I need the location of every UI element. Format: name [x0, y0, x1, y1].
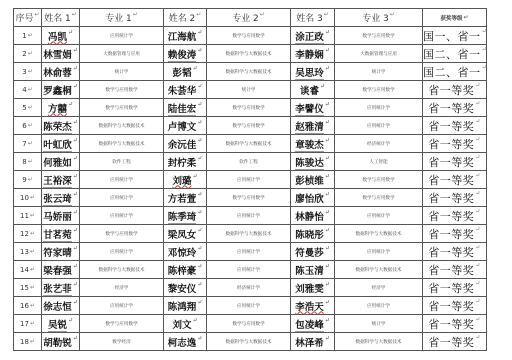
cell-name1-text: 何雅如 [43, 158, 72, 169]
cell-name1[interactable]: 梁春强↵ [42, 261, 80, 279]
paragraph-mark-icon: ↵ [197, 83, 202, 90]
cell-name3-text: 章骏杰 [295, 140, 324, 152]
cell-index-text: 18 [20, 338, 29, 346]
cell-name2[interactable]: 黎安仪↵ [164, 279, 207, 297]
cell-name3[interactable]: 陈玉清↵ [291, 261, 335, 279]
paragraph-mark-icon: ↵ [73, 47, 78, 54]
paragraph-mark-icon: ↵ [325, 335, 330, 342]
cell-name3[interactable]: 彭桢维↵ [291, 171, 335, 189]
cell-name2[interactable]: 方若萱↵ [164, 189, 207, 207]
cell-major1[interactable]: 数据科学与大数据技术 [80, 117, 164, 135]
cell-award[interactable]: 省一等奖↵ [423, 207, 487, 225]
header-name2[interactable]: 姓名 2↵ [164, 9, 207, 27]
cell-index[interactable]: 8↵ [14, 153, 42, 171]
cell-name1-text: 胡勒锐 [43, 338, 72, 349]
cell-index[interactable]: 18↵ [14, 333, 42, 351]
cell-name3[interactable]: 符曼莎↵ [291, 243, 335, 261]
paragraph-mark-icon: ↵ [197, 299, 202, 306]
cell-name2[interactable]: 余沅佳↵ [164, 135, 207, 153]
cell-award[interactable]: 省一等奖↵ [423, 153, 487, 171]
cell-major1[interactable]: 应用统计学 [80, 207, 164, 225]
paragraph-mark-icon: ↵ [73, 263, 78, 270]
cell-major1[interactable]: 数学与应用数学 [80, 315, 164, 333]
cell-name2[interactable]: 刘璐↵ [164, 171, 207, 189]
cell-index[interactable]: 4↵ [14, 81, 42, 99]
cell-index-text: 9 [22, 176, 26, 184]
cell-name3-text: 廖怡欣 [295, 194, 324, 205]
table-row: 7↵叶虹欣↵数据科学与大数据技术余沅佳↵数据科学与大数据技术章骏杰↵经济统计学省… [14, 135, 487, 153]
cell-name3-text: 符曼莎 [295, 248, 324, 259]
cell-name1[interactable]: 王裕深↵ [42, 171, 80, 189]
cell-name1[interactable]: 林俞蓉↵ [42, 63, 80, 81]
paragraph-mark-icon: ↵ [475, 298, 481, 305]
cell-major2-text: 软件工程 [239, 160, 257, 165]
cell-award[interactable]: 省一等奖↵ [423, 99, 487, 117]
paragraph-mark-icon: ↵ [197, 137, 202, 144]
cell-major1[interactable]: 应用统计学 [80, 297, 164, 315]
paragraph-mark-icon: ↵ [28, 86, 33, 93]
paragraph-mark-icon: ↵ [73, 281, 78, 288]
cell-index[interactable]: 1↵ [14, 27, 42, 45]
cell-name2[interactable]: 刘文↵ [164, 315, 207, 333]
cell-name3[interactable]: 谈睿↵ [291, 81, 335, 99]
paragraph-mark-icon: ↵ [73, 83, 78, 90]
cell-award[interactable]: 省一等奖↵ [423, 81, 487, 99]
cell-name1[interactable]: 胡勒锐↵ [42, 333, 80, 351]
paragraph-mark-icon: ↵ [325, 137, 330, 144]
cell-award[interactable]: 国二、省一↵ [423, 45, 487, 63]
paragraph-mark-icon: ↵ [475, 208, 481, 215]
cell-name2[interactable]: 封柠柔↵ [164, 153, 207, 171]
cell-award-text: 省一等奖 [428, 246, 474, 259]
cell-name3[interactable]: 赵雅清↵ [291, 117, 335, 135]
paragraph-mark-icon: ↵ [325, 101, 330, 108]
paragraph-mark-icon: ↵ [325, 173, 330, 180]
cell-index-text: 4 [22, 86, 26, 94]
paragraph-mark-icon: ↵ [320, 83, 325, 90]
cell-major3[interactable]: 数学与应用数学 [335, 171, 423, 189]
cell-index-text: 16 [20, 302, 29, 310]
cell-major2[interactable]: 数据科学与大数据技术 [207, 45, 291, 63]
cell-index[interactable]: 7↵ [14, 135, 42, 153]
paragraph-mark-icon: ↵ [73, 137, 78, 144]
cell-major1[interactable]: 数学与应用数学 [80, 225, 164, 243]
table-row: 9↵王裕深↵应用统计学刘璐↵应用统计学彭桢维↵数学与应用数学省一等奖↵ [14, 171, 487, 189]
cell-major3[interactable]: 数据科学与大数据技术 [335, 333, 423, 351]
cell-name1[interactable]: 张云琦↵ [42, 189, 80, 207]
table-row: 12↵甘茗菀↵数学与应用数学梁凤女↵数据科学与大数据技术陈晓彤↵数据科学与大数据… [14, 225, 487, 243]
paragraph-mark-icon: ↵ [28, 68, 33, 75]
cell-major2[interactable]: 应用统计学 [207, 243, 291, 261]
paragraph-mark-icon: ↵ [30, 302, 35, 309]
cell-index[interactable]: 12↵ [14, 225, 42, 243]
header-index[interactable]: 序号↵ [14, 9, 42, 27]
cell-major3[interactable]: 应用统计学 [335, 297, 423, 315]
cell-major3-text: 数据科学与大数据技术 [356, 232, 402, 237]
cell-name2-text: 江海航 [168, 32, 197, 43]
cell-major3[interactable]: 统计学 [335, 63, 423, 81]
cell-index[interactable]: 6↵ [14, 117, 42, 135]
cell-name2-text: 赖俊涛 [168, 50, 197, 62]
cell-name1-text: 符家晴 [43, 248, 72, 259]
cell-major1[interactable]: 数据科学与大数据技术 [80, 261, 164, 279]
header-name1[interactable]: 姓名 1↵ [42, 9, 80, 27]
cell-index-text: 8 [22, 158, 26, 166]
cell-award[interactable]: 省一等奖↵ [423, 261, 487, 279]
cell-award-text: 国二、省一 [423, 48, 481, 61]
cell-major1[interactable]: 应用统计学 [80, 189, 164, 207]
table-row: 16↵徐志恒↵应用统计学陈鸿翔↵应用统计学李浩天↵应用统计学省一等奖↵ [14, 297, 487, 315]
cell-major1[interactable]: 软件工程 [80, 153, 164, 171]
cell-index-text: 10 [20, 194, 29, 202]
cell-major3-text: 数学与应用数学 [362, 88, 394, 93]
cell-major2-text: 统计学 [242, 88, 256, 93]
cell-major2-text: 数学与应用数学 [232, 106, 264, 111]
cell-major1[interactable]: 数学经济 [80, 333, 164, 351]
cell-name2-text: 陈梓豪 [168, 266, 197, 277]
cell-major2[interactable]: 数据科学与大数据技术 [207, 63, 291, 81]
paragraph-mark-icon: ↵ [475, 190, 481, 197]
cell-major2-text: 数据科学与大数据技术 [226, 52, 272, 57]
cell-name1[interactable]: 林雪娟↵ [42, 45, 80, 63]
cell-index[interactable]: 15↵ [14, 279, 42, 297]
cell-index[interactable]: 9↵ [14, 171, 42, 189]
cell-name1[interactable]: 张艺菲↵ [42, 279, 80, 297]
paragraph-mark-icon: ↵ [73, 119, 78, 126]
cell-index-text: 1 [22, 32, 26, 40]
paragraph-mark-icon: ↵ [73, 173, 78, 180]
cell-award-text: 省一等奖 [428, 120, 474, 133]
cell-major2[interactable]: 数学与应用数学 [207, 117, 291, 135]
cell-name3[interactable]: 廖怡欣↵ [291, 189, 335, 207]
cell-name2-text: 方若萱 [168, 194, 197, 205]
cell-name2[interactable]: 邓惊玲↵ [164, 243, 207, 261]
cell-name1-text: 马娇丽 [43, 212, 72, 223]
cell-major2[interactable]: 应用统计学 [207, 261, 291, 279]
cell-major1[interactable]: 应用统计学 [80, 27, 164, 45]
cell-name1[interactable]: 方囍↵ [42, 99, 80, 117]
cell-major3-text: 人工智能 [369, 160, 387, 165]
cell-name2-text: 陈鸿翔 [168, 302, 197, 313]
cell-name2-text: 封柠柔 [168, 158, 197, 169]
table-row: 8↵何雅如↵软件工程封柠柔↵软件工程陈骏达↵人工智能省一等奖↵ [14, 153, 487, 171]
paragraph-mark-icon: ↵ [197, 119, 202, 126]
cell-award[interactable]: 省一等奖↵ [423, 297, 487, 315]
header-major2[interactable]: 专业 2↵ [207, 9, 291, 27]
cell-name1-text: 吴锐 [48, 320, 67, 332]
cell-index[interactable]: 16↵ [14, 297, 42, 315]
cell-major2[interactable]: 应用统计学 [207, 171, 291, 189]
cell-name1-text: 林俞蓉 [43, 68, 72, 79]
cell-name1[interactable]: 吴锐↵ [42, 315, 80, 333]
paragraph-mark-icon: ↵ [475, 82, 481, 89]
cell-name3[interactable]: 涂正政↵ [291, 27, 335, 45]
cell-name2-text: 彭韬 [172, 68, 191, 79]
cell-name1[interactable]: 陈荣杰↵ [42, 117, 80, 135]
header-major1[interactable]: 专业 1↵ [80, 9, 164, 27]
table-row: 6↵陈荣杰↵数据科学与大数据技术卢博文↵数学与应用数学赵雅清↵应用统计学省一等奖… [14, 117, 487, 135]
cell-major2[interactable]: 数据科学与大数据技术 [207, 333, 291, 351]
cell-award[interactable]: 省一等奖↵ [423, 315, 487, 333]
cell-name2-text: 朱荟华 [168, 86, 197, 97]
cell-major3[interactable]: 应用统计学 [335, 207, 423, 225]
header-name3[interactable]: 姓名 3↵ [291, 9, 335, 27]
cell-award[interactable]: 省一等奖↵ [423, 243, 487, 261]
table-row: 14↵梁春强↵数据科学与大数据技术陈梓豪↵应用统计学陈玉清↵数据科学与大数据技术… [14, 261, 487, 279]
cell-major3-text: 应用统计学 [367, 250, 390, 255]
paragraph-mark-icon: ↵ [482, 64, 487, 71]
cell-name3-text: 李譬仪 [295, 104, 324, 116]
table-body: 1↵冯凯↵应用统计学江海航↵数学与应用数学涂正政↵数学与应用数学国一、省一↵2↵… [14, 27, 487, 351]
cell-major2-text: 数学与应用数学 [232, 34, 264, 39]
cell-major2[interactable]: 数学与应用数学 [207, 99, 291, 117]
cell-major1-text: 数学经济 [112, 340, 130, 345]
cell-major3-text: 数据科学与大数据技术 [356, 268, 402, 273]
cell-major3[interactable]: 数学与应用数学 [335, 189, 423, 207]
cell-index-text: 5 [22, 104, 26, 112]
cell-name2[interactable]: 卢博文↵ [164, 117, 207, 135]
cell-major3-text: 应用统计学 [367, 304, 390, 309]
paragraph-mark-icon: ↵ [30, 284, 35, 291]
cell-name1[interactable]: 冯凯↵ [42, 27, 80, 45]
paragraph-mark-icon: ↵ [28, 50, 33, 57]
cell-name3-text: 李静娴 [295, 50, 324, 61]
cell-award-text: 省一等奖 [428, 84, 474, 97]
cell-major2[interactable]: 统计学 [207, 81, 291, 99]
cell-major1[interactable]: 经济学 [80, 279, 164, 297]
cell-major1[interactable]: 大数据管理与应用 [80, 45, 164, 63]
cell-major2[interactable]: 数据科学与大数据技术 [207, 225, 291, 243]
paragraph-mark-icon: ↵ [260, 11, 265, 18]
header-award[interactable]: 获奖等级↵ [423, 9, 487, 27]
paragraph-mark-icon: ↵ [73, 299, 78, 306]
cell-name1-text: 叶虹欣 [43, 140, 72, 152]
cell-name2[interactable]: 江海航↵ [164, 27, 207, 45]
cell-name2[interactable]: 彭韬↵ [164, 63, 207, 81]
cell-name1[interactable]: 马娇丽↵ [42, 207, 80, 225]
cell-major3[interactable]: 统计学 [335, 315, 423, 333]
cell-name3[interactable]: 包凌峰↵ [291, 315, 335, 333]
cell-name2[interactable]: 赖俊涛↵ [164, 45, 207, 63]
cell-name2[interactable]: 陆佳宏↵ [164, 99, 207, 117]
cell-name2[interactable]: 柯志逸↵ [164, 333, 207, 351]
cell-major2[interactable]: 应用统计学 [207, 207, 291, 225]
cell-name1-text: 张云琦 [43, 194, 72, 206]
paragraph-mark-icon: ↵ [197, 335, 202, 342]
cell-index[interactable]: 17↵ [14, 315, 42, 333]
cell-major1-text: 应用统计学 [110, 250, 133, 255]
cell-index[interactable]: 14↵ [14, 261, 42, 279]
cell-major3[interactable]: 经济学 [335, 279, 423, 297]
cell-major2-text: 数据科学与大数据技术 [226, 70, 272, 75]
cell-award[interactable]: 省一等奖↵ [423, 279, 487, 297]
cell-major3-text: 数学与应用数学 [362, 178, 394, 183]
paragraph-mark-icon: ↵ [68, 317, 73, 324]
paragraph-mark-icon: ↵ [325, 155, 330, 162]
cell-name3-text: 彭桢维 [295, 176, 324, 187]
cell-name3[interactable]: 林泽希↵ [291, 333, 335, 351]
paragraph-mark-icon: ↵ [73, 65, 78, 72]
cell-award-text: 省一等奖 [428, 174, 474, 187]
cell-major2[interactable]: 数据科学与大数据技术 [207, 135, 291, 153]
cell-major1-text: 经济学 [115, 286, 129, 291]
cell-name1[interactable]: 甘茗菀↵ [42, 225, 80, 243]
cell-major1[interactable]: 应用统计学 [80, 171, 164, 189]
cell-major3[interactable]: 数学与应用数学 [335, 81, 423, 99]
cell-major3-text: 应用统计学 [367, 214, 390, 219]
table-row: 2↵林雪娟↵大数据管理与应用赖俊涛↵数据科学与大数据技术李静娴↵大数据管理与应用… [14, 45, 487, 63]
cell-major1-text: 数据科学与大数据技术 [99, 124, 145, 129]
cell-award-text: 省一等奖 [428, 156, 474, 169]
cell-name1[interactable]: 罗鑫桐↵ [42, 81, 80, 99]
paragraph-mark-icon: ↵ [28, 32, 33, 39]
paragraph-mark-icon: ↵ [325, 227, 330, 234]
cell-name3[interactable]: 章骏杰↵ [291, 135, 335, 153]
cell-name3-text: 李浩天 [295, 302, 324, 313]
cell-index-text: 13 [20, 248, 29, 256]
paragraph-mark-icon: ↵ [475, 334, 481, 341]
header-major3[interactable]: 专业 3↵ [335, 9, 423, 27]
cell-major1-text: 数学与应用数学 [105, 88, 137, 93]
cell-name3-text: 涂正政 [295, 32, 324, 44]
paragraph-mark-icon: ↵ [197, 245, 202, 252]
cell-major3[interactable]: 应用统计学 [335, 99, 423, 117]
cell-major2-text: 应用统计学 [237, 304, 260, 309]
cell-index[interactable]: 2↵ [14, 45, 42, 63]
table-row: 18↵胡勒锐↵数学经济柯志逸↵数据科学与大数据技术林泽希↵数据科学与大数据技术省… [14, 333, 487, 351]
cell-major3-text: 数据科学与大数据技术 [356, 340, 402, 345]
cell-major1[interactable]: 统计学 [80, 63, 164, 81]
cell-name3-text: 陈晓彤 [295, 230, 324, 241]
cell-award[interactable]: 省一等奖↵ [423, 189, 487, 207]
cell-major1[interactable]: 数据科学与大数据技术 [80, 135, 164, 153]
paragraph-mark-icon: ↵ [475, 262, 481, 269]
cell-major3[interactable]: 数学与应用数学 [335, 27, 423, 45]
cell-name2[interactable]: 陈梓豪↵ [164, 261, 207, 279]
cell-name3-text: 谈睿 [300, 86, 319, 97]
cell-index-text: 6 [22, 122, 26, 130]
cell-major1-text: 数据科学与大数据技术 [99, 268, 145, 273]
cell-major1[interactable]: 数学与应用数学 [80, 81, 164, 99]
cell-major2[interactable]: 应用统计学 [207, 297, 291, 315]
paragraph-mark-icon: ↵ [197, 29, 202, 36]
paragraph-mark-icon: ↵ [390, 11, 395, 18]
cell-major2[interactable]: 数学与应用数学 [207, 189, 291, 207]
cell-major1-text: 应用统计学 [110, 196, 133, 201]
paragraph-mark-icon: ↵ [30, 248, 35, 255]
cell-index[interactable]: 11↵ [14, 207, 42, 225]
cell-name2[interactable]: 梁凤女↵ [164, 225, 207, 243]
cell-award[interactable]: 省一等奖↵ [423, 171, 487, 189]
paragraph-mark-icon: ↵ [325, 263, 330, 270]
cell-major1-text: 统计学 [115, 70, 129, 75]
cell-name3-text: 包凌峰 [295, 320, 324, 332]
cell-name3[interactable]: 吴思玲↵ [291, 63, 335, 81]
paragraph-mark-icon: ↵ [325, 281, 330, 288]
cell-award-text: 国一、省一 [423, 30, 481, 43]
paragraph-mark-icon: ↵ [475, 280, 481, 287]
paragraph-mark-icon: ↵ [192, 65, 197, 72]
cell-index[interactable]: 10↵ [14, 189, 42, 207]
cell-name1[interactable]: 徐志恒↵ [42, 297, 80, 315]
cell-index-text: 3 [22, 68, 26, 76]
cell-index[interactable]: 13↵ [14, 243, 42, 261]
cell-major3-text: 应用统计学 [367, 124, 390, 129]
cell-name2-text: 余沅佳 [168, 140, 197, 151]
cell-major3[interactable]: 大数据管理与应用 [335, 45, 423, 63]
cell-name3[interactable]: 林静怡↵ [291, 207, 335, 225]
cell-award-text: 省一等奖 [428, 102, 474, 115]
cell-major2[interactable]: 数学与应用数学 [207, 315, 291, 333]
cell-award[interactable]: 国二、省一↵ [423, 63, 487, 81]
cell-award-text: 省一等奖 [428, 264, 474, 277]
cell-name3[interactable]: 李浩天↵ [291, 297, 335, 315]
cell-name2-text: 邓惊玲 [168, 248, 197, 259]
cell-major2[interactable]: 数学与应用数学 [207, 27, 291, 45]
paragraph-mark-icon: ↵ [73, 191, 78, 198]
cell-name2[interactable]: 陈鸿翔↵ [164, 297, 207, 315]
cell-award[interactable]: 省一等奖↵ [423, 117, 487, 135]
paragraph-mark-icon: ↵ [30, 338, 35, 345]
cell-name3[interactable]: 陈骏达↵ [291, 153, 335, 171]
cell-award[interactable]: 省一等奖↵ [423, 135, 487, 153]
cell-major2[interactable]: 软件工程 [207, 153, 291, 171]
paragraph-mark-icon: ↵ [325, 29, 330, 36]
paragraph-mark-icon: ↵ [475, 118, 481, 125]
cell-name3[interactable]: 李譬仪↵ [291, 99, 335, 117]
cell-name2[interactable]: 朱荟华↵ [164, 81, 207, 99]
cell-major3-text: 数学与应用数学 [362, 196, 394, 201]
paragraph-mark-icon: ↵ [325, 119, 330, 126]
cell-name3-text: 赵雅清 [295, 122, 324, 134]
paragraph-mark-icon: ↵ [475, 172, 481, 179]
cell-major3[interactable]: 数据科学与大数据技术 [335, 261, 423, 279]
table-row: 17↵吴锐↵数学与应用数学刘文↵数学与应用数学包凌峰↵统计学省一等奖↵ [14, 315, 487, 333]
cell-name1[interactable]: 符家晴↵ [42, 243, 80, 261]
cell-major3[interactable]: 应用统计学 [335, 243, 423, 261]
cell-major2-text: 数据科学与大数据技术 [226, 340, 272, 345]
cell-award[interactable]: 国一、省一↵ [423, 27, 487, 45]
cell-name3[interactable]: 陈晓彤↵ [291, 225, 335, 243]
paragraph-mark-icon: ↵ [197, 209, 202, 216]
cell-index[interactable]: 3↵ [14, 63, 42, 81]
cell-major2-text: 应用统计学 [237, 250, 260, 255]
cell-major3[interactable]: 人工智能 [335, 153, 423, 171]
cell-award[interactable]: 省一等奖↵ [423, 333, 487, 351]
cell-major3[interactable]: 经济统计学 [335, 135, 423, 153]
cell-name3[interactable]: 刘雅雯↵ [291, 279, 335, 297]
cell-name2-text: 陈季琦 [168, 212, 197, 224]
cell-name2[interactable]: 陈季琦↵ [164, 207, 207, 225]
paragraph-mark-icon: ↵ [475, 136, 481, 143]
cell-name1[interactable]: 叶虹欣↵ [42, 135, 80, 153]
cell-award[interactable]: 省一等奖↵ [423, 225, 487, 243]
cell-index[interactable]: 5↵ [14, 99, 42, 117]
cell-name1[interactable]: 何雅如↵ [42, 153, 80, 171]
cell-name1-text: 林雪娟 [43, 50, 72, 61]
cell-major3[interactable]: 应用统计学 [335, 117, 423, 135]
paragraph-mark-icon: ↵ [73, 227, 78, 234]
cell-name3[interactable]: 李静娴↵ [291, 45, 335, 63]
cell-award-text: 国二、省一 [423, 66, 481, 79]
cell-name3-text: 林泽希 [295, 338, 324, 349]
cell-major1[interactable]: 应用统计学 [80, 243, 164, 261]
cell-name1-text: 徐志恒 [43, 302, 72, 313]
cell-major2[interactable]: 经济统计学 [207, 279, 291, 297]
cell-major1[interactable]: 数学与应用数学 [80, 99, 164, 117]
paragraph-mark-icon: ↵ [30, 194, 35, 201]
cell-major3[interactable]: 数据科学与大数据技术 [335, 225, 423, 243]
